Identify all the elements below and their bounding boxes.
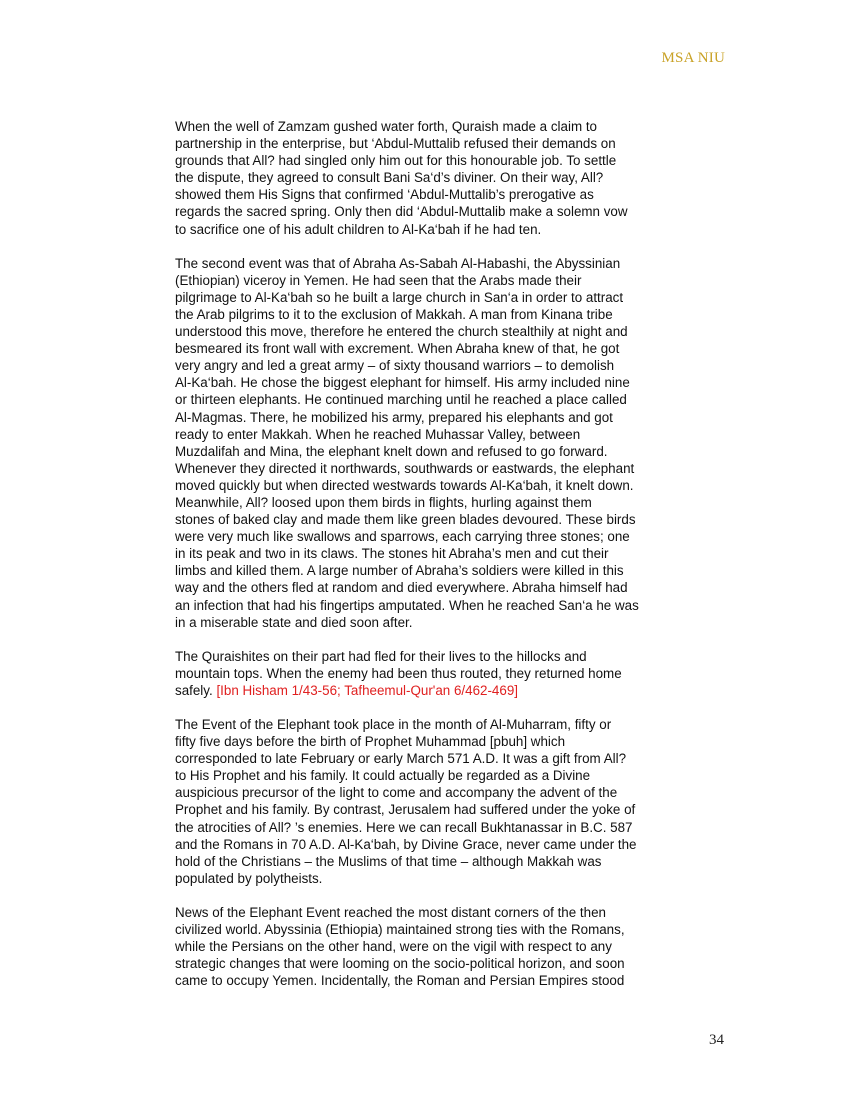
- text-line: corresponded to late February or early M…: [175, 750, 735, 767]
- text-line: safely. [Ibn Hisham 1/43-56; Tafheemul-Q…: [175, 682, 735, 699]
- paragraph-zamzam: When the well of Zamzam gushed water for…: [175, 118, 735, 238]
- text-line: fifty five days before the birth of Prop…: [175, 733, 735, 750]
- text-line: Whenever they directed it northwards, so…: [175, 460, 735, 477]
- text-line: partnership in the enterprise, but ‘Abdu…: [175, 135, 735, 152]
- text-line: while the Persians on the other hand, we…: [175, 938, 735, 955]
- paragraph-abraha: The second event was that of Abraha As-S…: [175, 255, 735, 631]
- running-header: MSA NIU: [662, 50, 726, 67]
- text-line: and the Romans in 70 A.D. Al-Ka‘bah, by …: [175, 836, 735, 853]
- text-line: to sacrifice one of his adult children t…: [175, 221, 735, 238]
- text-line: the Arab pilgrims to it to the exclusion…: [175, 306, 735, 323]
- text-line: mountain tops. When the enemy had been t…: [175, 665, 735, 682]
- text-line: When the well of Zamzam gushed water for…: [175, 118, 735, 135]
- text-line: understood this move, therefore he enter…: [175, 323, 735, 340]
- text-line: an infection that had his fingertips amp…: [175, 597, 735, 614]
- text-line: or thirteen elephants. He continued marc…: [175, 391, 735, 408]
- page-body: When the well of Zamzam gushed water for…: [175, 118, 735, 1006]
- text-line: grounds that All? had singled only him o…: [175, 152, 735, 169]
- text-line: stones of baked clay and made them like …: [175, 511, 735, 528]
- text-line: regards the sacred spring. Only then did…: [175, 203, 735, 220]
- text-line: Al-Ka‘bah. He chose the biggest elephant…: [175, 374, 735, 391]
- text-line: (Ethiopian) viceroy in Yemen. He had see…: [175, 272, 735, 289]
- text-line: besmeared its front wall with excrement.…: [175, 340, 735, 357]
- text-line: ready to enter Makkah. When he reached M…: [175, 426, 735, 443]
- text-line: in its peak and two in its claws. The st…: [175, 545, 735, 562]
- text-line: to His Prophet and his family. It could …: [175, 767, 735, 784]
- text-line: were very much like swallows and sparrow…: [175, 528, 735, 545]
- page-number: 34: [709, 1032, 724, 1049]
- text-line: showed them His Signs that confirmed ‘Ab…: [175, 186, 735, 203]
- text-line: very angry and led a great army – of six…: [175, 357, 735, 374]
- text-line: Muzdalifah and Mina, the elephant knelt …: [175, 443, 735, 460]
- paragraph-event-of-elephant: The Event of the Elephant took place in …: [175, 716, 735, 887]
- text-line: hold of the Christians – the Muslims of …: [175, 853, 735, 870]
- text-fragment: safely.: [175, 683, 216, 698]
- text-line: pilgrimage to Al-Ka‘bah so he built a la…: [175, 289, 735, 306]
- text-line: Prophet and his family. By contrast, Jer…: [175, 801, 735, 818]
- text-line: civilized world. Abyssinia (Ethiopia) ma…: [175, 921, 735, 938]
- text-line: limbs and killed them. A large number of…: [175, 562, 735, 579]
- text-line: Meanwhile, All? loosed upon them birds i…: [175, 494, 735, 511]
- text-line: The second event was that of Abraha As-S…: [175, 255, 735, 272]
- text-line: strategic changes that were looming on t…: [175, 955, 735, 972]
- paragraph-news: News of the Elephant Event reached the m…: [175, 904, 735, 989]
- text-line: moved quickly but when directed westward…: [175, 477, 735, 494]
- text-line: Al-Magmas. There, he mobilized his army,…: [175, 409, 735, 426]
- text-line: News of the Elephant Event reached the m…: [175, 904, 735, 921]
- text-line: the dispute, they agreed to consult Bani…: [175, 169, 735, 186]
- text-line: way and the others fled at random and di…: [175, 579, 735, 596]
- text-line: populated by polytheists.: [175, 870, 735, 887]
- paragraph-quraishites: The Quraishites on their part had fled f…: [175, 648, 735, 699]
- text-line: auspicious precursor of the light to com…: [175, 784, 735, 801]
- text-line: in a miserable state and died soon after…: [175, 614, 735, 631]
- citation-reference: [Ibn Hisham 1/43-56; Tafheemul-Qur'an 6/…: [216, 683, 518, 698]
- text-line: The Quraishites on their part had fled f…: [175, 648, 735, 665]
- text-line: The Event of the Elephant took place in …: [175, 716, 735, 733]
- text-line: came to occupy Yemen. Incidentally, the …: [175, 972, 735, 989]
- text-line: the atrocities of All? ’s enemies. Here …: [175, 819, 735, 836]
